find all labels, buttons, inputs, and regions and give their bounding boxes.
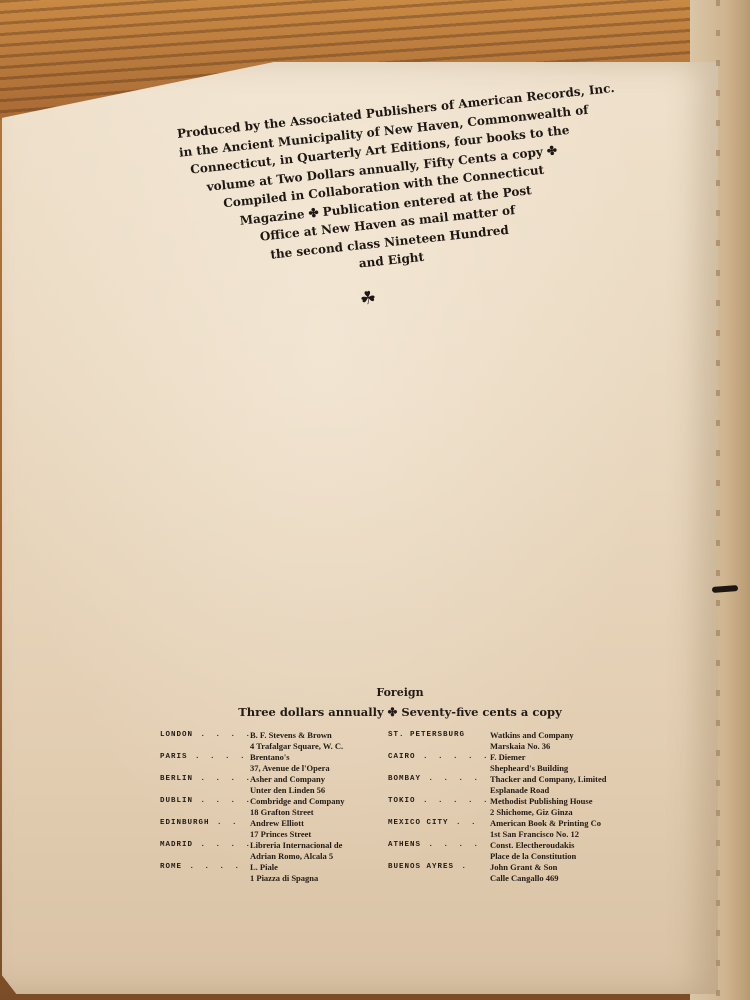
agent-name: Combridge and Company [250,796,344,807]
agent-name: Andrew Elliott [250,818,311,829]
agent-city: CAIRO . . . . . . [388,752,490,773]
leader-dots: . . . . . [188,753,250,761]
agent-name: Thacker and Company, Limited [490,774,607,785]
agent-name: Methodist Publishing House [490,796,593,807]
agent-street: 1st San Francisco No. 12 [490,829,601,840]
city-name: EDINBURGH [160,819,210,827]
agent-address: Andrew Elliott17 Princes Street [250,818,311,839]
city-name: MADRID [160,841,193,849]
agent-street: 4 Trafalgar Square, W. C. [250,741,343,752]
agent-name: L. Piale [250,862,318,873]
leader-dots: . . [449,819,479,827]
agent-city: LONDON . . . . [160,730,250,751]
agent-name: Libreria Internacional de [250,840,342,851]
agent-address: B. F. Stevens & Brown4 Trafalgar Square,… [250,730,343,751]
agents-right-column: ST. PETERSBURGWatkins and CompanyMarskai… [388,730,640,884]
agent-street: 1 Piazza di Spagna [250,873,318,884]
agent-street: Esplanade Road [490,785,607,796]
city-name: BUENOS AYRES [388,863,454,871]
agent-name: American Book & Printing Co [490,818,601,829]
agent-entry: LONDON . . . .B. F. Stevens & Brown4 Tra… [160,730,388,751]
leader-dots: . . . . . [182,863,250,871]
agent-entry: ROME . . . . .L. Piale1 Piazza di Spagna [160,862,388,883]
agent-name: Asher and Company [250,774,325,785]
agent-address: American Book & Printing Co1st San Franc… [490,818,601,839]
agent-address: Watkins and CompanyMarskaia No. 36 [490,730,574,751]
agent-entry: MEXICO CITY . .American Book & Printing … [388,818,640,839]
leaf-ornament-icon: ☘ [359,287,378,310]
city-name: ATHENS [388,841,421,849]
agent-address: Thacker and Company, LimitedEsplanade Ro… [490,774,607,795]
leader-dots: . [454,863,469,871]
city-name: MEXICO CITY [388,819,449,827]
agent-address: Combridge and Company18 Grafton Street [250,796,344,817]
city-name: ST. PETERSBURG [388,731,465,739]
city-name: LONDON [160,731,193,739]
agent-street: Place de la Constitution [490,851,576,862]
agent-street: Adrian Romo, Alcala 5 [250,851,342,862]
agent-street: Unter den Linden 56 [250,785,325,796]
agent-entry: ST. PETERSBURGWatkins and CompanyMarskai… [388,730,640,751]
agent-entry: BUENOS AYRES .John Grant & SonCalle Cang… [388,862,640,883]
city-name: TOKIO [388,797,416,805]
agent-name: F. Diemer [490,752,568,763]
agent-entry: TOKIO . . . . . .Methodist Publishing Ho… [388,796,640,817]
leader-dots: . . . . [193,775,250,783]
agent-entry: ATHENS . . . . .Const. ElectheroudakisPl… [388,840,640,861]
agent-address: L. Piale1 Piazza di Spagna [250,862,318,883]
agent-city: EDINBURGH . . [160,818,250,839]
agent-street: 2 Shichome, Giz Ginza [490,807,593,818]
leader-dots: . . [210,819,240,827]
agent-address: Libreria Internacional deAdrian Romo, Al… [250,840,342,861]
agent-street: 37, Avenue de l'Opera [250,763,330,774]
agent-street: Calle Cangallo 469 [490,873,558,884]
city-name: DUBLIN [160,797,193,805]
foreign-heading: Foreign [160,686,630,699]
leader-dots: . . . . . [421,775,490,783]
agent-entry: EDINBURGH . .Andrew Elliott17 Princes St… [160,818,388,839]
agent-city: PARIS . . . . . [160,752,250,773]
leader-dots: . . . . [193,797,250,805]
leader-dots: . . . . . [421,841,490,849]
agent-city: ROME . . . . . [160,862,250,883]
leader-dots: . . . . [193,841,250,849]
foreign-agents-section: Foreign Three dollars annually ✤ Seventy… [160,686,630,719]
agent-entry: MADRID . . . .Libreria Internacional deA… [160,840,388,861]
agent-city: BUENOS AYRES . [388,862,490,883]
agent-address: Const. ElectheroudakisPlace de la Consti… [490,840,576,861]
agent-address: F. DiemerShepheard's Building [490,752,568,773]
agent-street: 17 Princes Street [250,829,311,840]
agent-address: John Grant & SonCalle Cangallo 469 [490,862,558,883]
city-name: BOMBAY [388,775,421,783]
agent-city: DUBLIN . . . . [160,796,250,817]
agent-address: Methodist Publishing House2 Shichome, Gi… [490,796,593,817]
agent-street: Shepheard's Building [490,763,568,774]
agent-entry: BERLIN . . . .Asher and CompanyUnter den… [160,774,388,795]
agent-street: 18 Grafton Street [250,807,344,818]
agent-name: Brentano's [250,752,330,763]
agent-city: TOKIO . . . . . . [388,796,490,817]
leader-dots: . . . . . . [416,797,490,805]
city-name: CAIRO [388,753,416,761]
city-name: PARIS [160,753,188,761]
agent-name: B. F. Stevens & Brown [250,730,343,741]
agent-city: BERLIN . . . . [160,774,250,795]
agent-address: Brentano's37, Avenue de l'Opera [250,752,330,773]
agent-city: ST. PETERSBURG [388,730,490,751]
agent-city: BOMBAY . . . . . [388,774,490,795]
agent-name: Watkins and Company [490,730,574,741]
leader-dots: . . . . [193,731,250,739]
agent-entry: BOMBAY . . . . .Thacker and Company, Lim… [388,774,640,795]
city-name: ROME [160,863,182,871]
agents-left-column: LONDON . . . .B. F. Stevens & Brown4 Tra… [160,730,388,884]
agent-city: ATHENS . . . . . [388,840,490,861]
agents-list: LONDON . . . .B. F. Stevens & Brown4 Tra… [160,730,640,884]
agent-name: John Grant & Son [490,862,558,873]
agent-entry: PARIS . . . . .Brentano's37, Avenue de l… [160,752,388,773]
agent-entry: CAIRO . . . . . .F. DiemerShepheard's Bu… [388,752,640,773]
foreign-price: Three dollars annually ✤ Seventy-five ce… [160,705,630,719]
city-name: BERLIN [160,775,193,783]
agent-entry: DUBLIN . . . .Combridge and Company18 Gr… [160,796,388,817]
binding-stitches [716,0,720,1000]
agent-name: Const. Electheroudakis [490,840,576,851]
agent-city: MADRID . . . . [160,840,250,861]
agent-city: MEXICO CITY . . [388,818,490,839]
agent-street: Marskaia No. 36 [490,741,574,752]
agent-address: Asher and CompanyUnter den Linden 56 [250,774,325,795]
leader-dots: . . . . . . [416,753,490,761]
